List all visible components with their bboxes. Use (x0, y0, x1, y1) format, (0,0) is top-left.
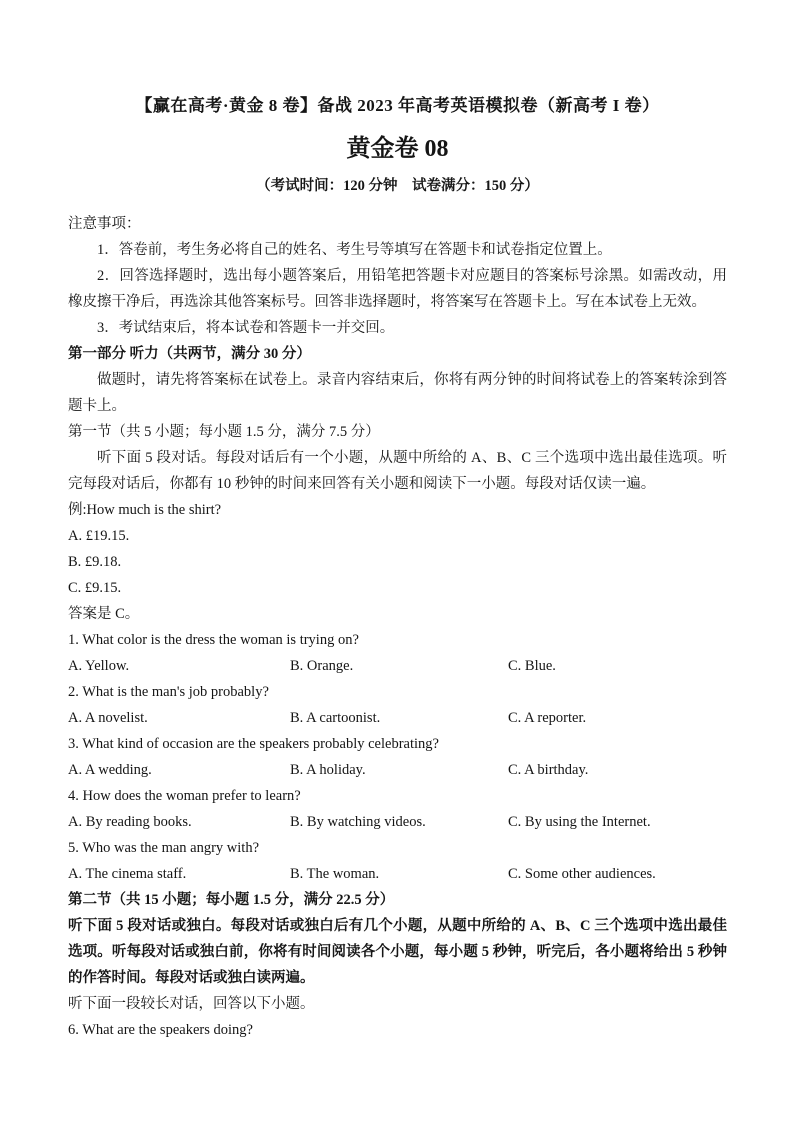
question-2-option-b: B. A cartoonist. (290, 705, 508, 731)
example-question: 例:How much is the shirt? (68, 497, 727, 523)
example-option-c: C. £9.15. (68, 575, 727, 601)
part1-heading: 第一部分 听力（共两节，满分 30 分） (68, 341, 727, 367)
example-option-b: B. £9.18. (68, 549, 727, 575)
question-2-text: 2. What is the man's job probably? (68, 679, 727, 705)
section2-instructions: 听下面 5 段对话或独白。每段对话或独白后有几个小题，从题中所给的 A、B、C … (68, 913, 727, 991)
question-2-option-a: A. A novelist. (68, 705, 290, 731)
question-1-option-a: A. Yellow. (68, 653, 290, 679)
question-4-option-c: C. By using the Internet. (508, 809, 727, 835)
part1-intro: 做题时，请先将答案标在试卷上。录音内容结束后，你将有两分钟的时间将试卷上的答案转… (68, 367, 727, 419)
question-2-options: A. A novelist. B. A cartoonist. C. A rep… (68, 705, 727, 731)
question-1-option-b: B. Orange. (290, 653, 508, 679)
question-4-option-b: B. By watching videos. (290, 809, 508, 835)
exam-paper-page: 【赢在高考·黄金 8 卷】备战 2023 年高考英语模拟卷（新高考 I 卷） 黄… (0, 0, 793, 1122)
example-option-a: A. £19.15. (68, 523, 727, 549)
question-3-option-c: C. A birthday. (508, 757, 727, 783)
section1-instructions: 听下面 5 段对话。每段对话后有一个小题，从题中所给的 A、B、C 三个选项中选… (68, 445, 727, 497)
question-5-text: 5. Who was the man angry with? (68, 835, 727, 861)
question-3-option-a: A. A wedding. (68, 757, 290, 783)
section2-heading: 第二节（共 15 小题；每小题 1.5 分，满分 22.5 分） (68, 887, 727, 913)
question-4-option-a: A. By reading books. (68, 809, 290, 835)
question-5-option-c: C. Some other audiences. (508, 861, 727, 887)
section2-dialog-prompt: 听下面一段较长对话，回答以下小题。 (68, 991, 727, 1017)
question-3-text: 3. What kind of occasion are the speaker… (68, 731, 727, 757)
exam-title: 黄金卷 08 (68, 133, 727, 165)
question-5-options: A. The cinema staff. B. The woman. C. So… (68, 861, 727, 887)
question-5-option-b: B. The woman. (290, 861, 508, 887)
example-answer: 答案是 C。 (68, 601, 727, 627)
question-6-text: 6. What are the speakers doing? (68, 1017, 727, 1043)
note-item-2: 2．回答选择题时，选出每小题答案后，用铅笔把答题卡对应题目的答案标号涂黑。如需改… (68, 263, 727, 315)
note-item-3: 3．考试结束后，将本试卷和答题卡一并交回。 (68, 315, 727, 341)
question-1-option-c: C. Blue. (508, 653, 727, 679)
exam-header: 【赢在高考·黄金 8 卷】备战 2023 年高考英语模拟卷（新高考 I 卷） (68, 94, 727, 118)
question-5-option-a: A. The cinema staff. (68, 861, 290, 887)
question-2-option-c: C. A reporter. (508, 705, 727, 731)
question-3-option-b: B. A holiday. (290, 757, 508, 783)
question-4-options: A. By reading books. B. By watching vide… (68, 809, 727, 835)
question-1-text: 1. What color is the dress the woman is … (68, 627, 727, 653)
section1-heading: 第一节（共 5 小题；每小题 1.5 分，满分 7.5 分） (68, 419, 727, 445)
exam-info: （考试时间：120 分钟 试卷满分：150 分） (68, 175, 727, 197)
question-1-options: A. Yellow. B. Orange. C. Blue. (68, 653, 727, 679)
notes-title: 注意事项： (68, 211, 727, 237)
question-3-options: A. A wedding. B. A holiday. C. A birthda… (68, 757, 727, 783)
question-4-text: 4. How does the woman prefer to learn? (68, 783, 727, 809)
note-item-1: 1．答卷前，考生务必将自己的姓名、考生号等填写在答题卡和试卷指定位置上。 (68, 237, 727, 263)
